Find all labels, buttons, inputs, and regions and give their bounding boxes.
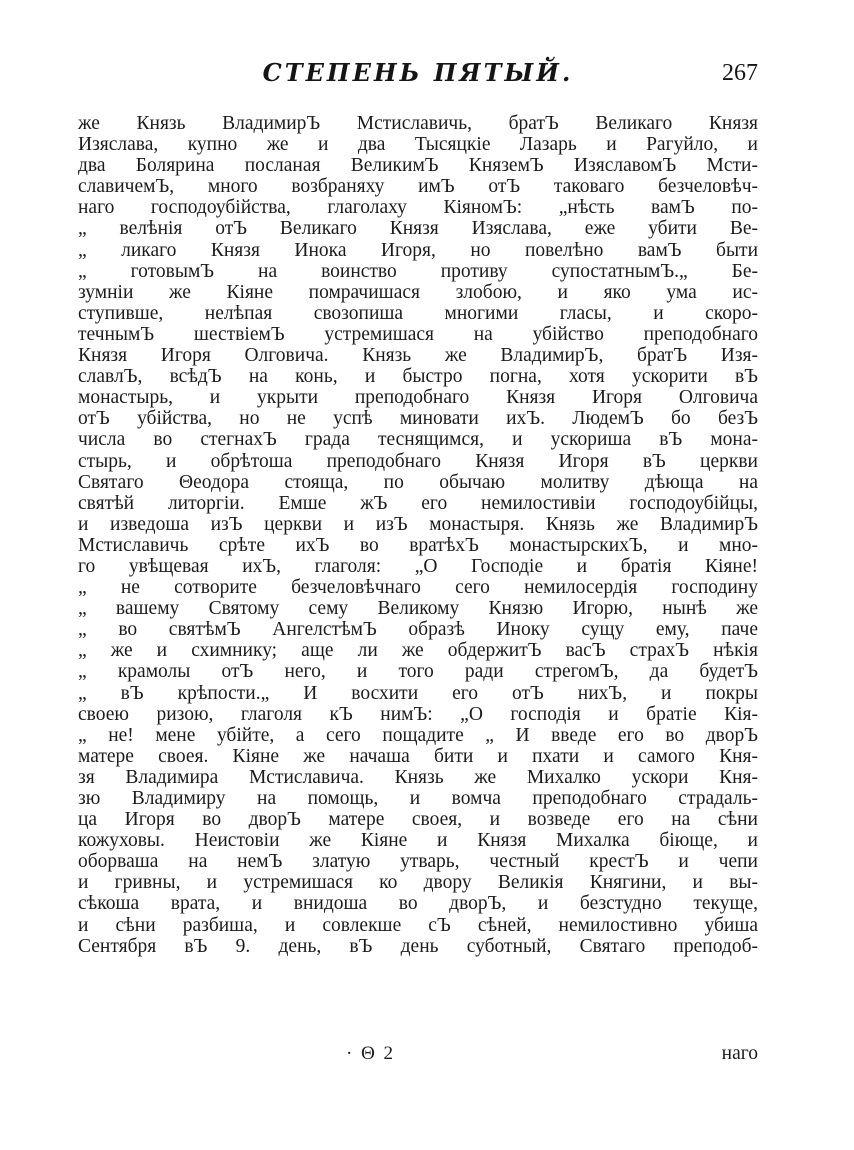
text-line: монастырь, и укрыти преподобнаго Князя И…: [78, 387, 758, 408]
text-line: „ крамолы отЪ него, и того ради стрегомЪ…: [78, 661, 758, 682]
text-line: зю Владимиру на помощь, и вомча преподоб…: [78, 788, 758, 809]
text-line: своею ризою, глаголя кЪ нимЪ: „О господі…: [78, 704, 758, 725]
text-line: и сѣни разбиша, и совлекше сЪ сѣней, нем…: [78, 915, 758, 936]
text-line: два Болярина посланая ВеликимЪ КняземЪ И…: [78, 155, 758, 176]
text-line: ступивше, нелѣпая свозопиша многими глас…: [78, 303, 758, 324]
page-footer: · Θ 2 наго: [78, 1043, 758, 1067]
page-number: 267: [722, 60, 758, 87]
text-line: оборваша на немЪ златую утварь, честный …: [78, 851, 758, 872]
text-line: славичемЪ, много возбраняху имЪ отЪ тако…: [78, 176, 758, 197]
text-line: Сентября вЪ 9. день, вЪ день суботный, С…: [78, 936, 758, 957]
text-line: „ вашему Святому сему Великому Князю Иго…: [78, 598, 758, 619]
text-line: Мстиславичь срѣте ихЪ во вратѣхЪ монасты…: [78, 535, 758, 556]
body-text: же Князь ВладимирЪ Мстиславичь, братЪ Ве…: [78, 113, 758, 957]
text-line: течнымЪ шествіемЪ устремишася на убійств…: [78, 324, 758, 345]
signature-mark: · Θ 2: [346, 1043, 395, 1065]
text-line: же Князь ВладимирЪ Мстиславичь, братЪ Ве…: [78, 113, 758, 134]
text-line: и гривны, и устремишася ко двору Великія…: [78, 872, 758, 893]
text-line: Святаго Θеодора стояща, по обычаю молитв…: [78, 472, 758, 493]
text-line: „ во святѣмЪ АнгелстѣмЪ образѣ Иноку сущ…: [78, 619, 758, 640]
text-line: „ не! мене убійте, а сего пощадите „ И в…: [78, 725, 758, 746]
running-head: СТЕПЕНЬ ПЯТЫЙ. 267: [78, 58, 758, 98]
text-line: Изяслава, купно же и два Тысяцкіе Лазарь…: [78, 134, 758, 155]
text-line: зумніи же Кіяне помрачишася злобою, и як…: [78, 282, 758, 303]
text-line: славлЪ, всѣдЪ на конь, и быстро погна, х…: [78, 366, 758, 387]
text-line: ца Игоря во дворЪ матере своея, и возвед…: [78, 809, 758, 830]
book-page: СТЕПЕНЬ ПЯТЫЙ. 267 же Князь ВладимирЪ Мс…: [0, 0, 854, 1150]
text-line: „ велѣнія отЪ Великаго Князя Изяслава, е…: [78, 218, 758, 239]
text-line: „ же и схимнику; аще ли же обдержитЪ вас…: [78, 640, 758, 661]
text-line: „ готовымЪ на воинство противу супостатн…: [78, 261, 758, 282]
text-line: наго господоубійства, глаголаху КіяномЪ:…: [78, 197, 758, 218]
text-line: матере своея. Кіяне же начаша бити и пха…: [78, 746, 758, 767]
text-line: и изведоша изЪ церкви и изЪ монастыря. К…: [78, 514, 758, 535]
text-line: стырь, и обрѣтоша преподобнаго Князя Иго…: [78, 451, 758, 472]
text-line: отЪ убійства, но не успѣ миновати ихЪ. Л…: [78, 408, 758, 429]
text-line: кожуховы. Неистовіи же Кіяне и Князя Мих…: [78, 830, 758, 851]
text-line: „ ликаго Князя Инока Игоря, но повелѣно …: [78, 240, 758, 261]
text-line: числа во стегнахЪ града теснящимся, и ус…: [78, 429, 758, 450]
text-line: Князя Игоря Олговича. Князь же ВладимирЪ…: [78, 345, 758, 366]
text-line: зя Владимира Мстиславича. Князь же Михал…: [78, 767, 758, 788]
catchword: наго: [722, 1043, 758, 1065]
text-line: го увѣщевая ихЪ, глаголя: „О Господіе и …: [78, 556, 758, 577]
text-line: „ вЪ крѣпости.„ И восхити его отЪ нихЪ, …: [78, 683, 758, 704]
running-title: СТЕПЕНЬ ПЯТЫЙ.: [78, 58, 758, 87]
text-line: сѣкоша врата, и внидоша во дворЪ, и безс…: [78, 893, 758, 914]
text-line: святѣй литоргіи. Емше жЪ его немилостиві…: [78, 493, 758, 514]
text-line: „ не сотворите безчеловѣчнаго сего немил…: [78, 577, 758, 598]
